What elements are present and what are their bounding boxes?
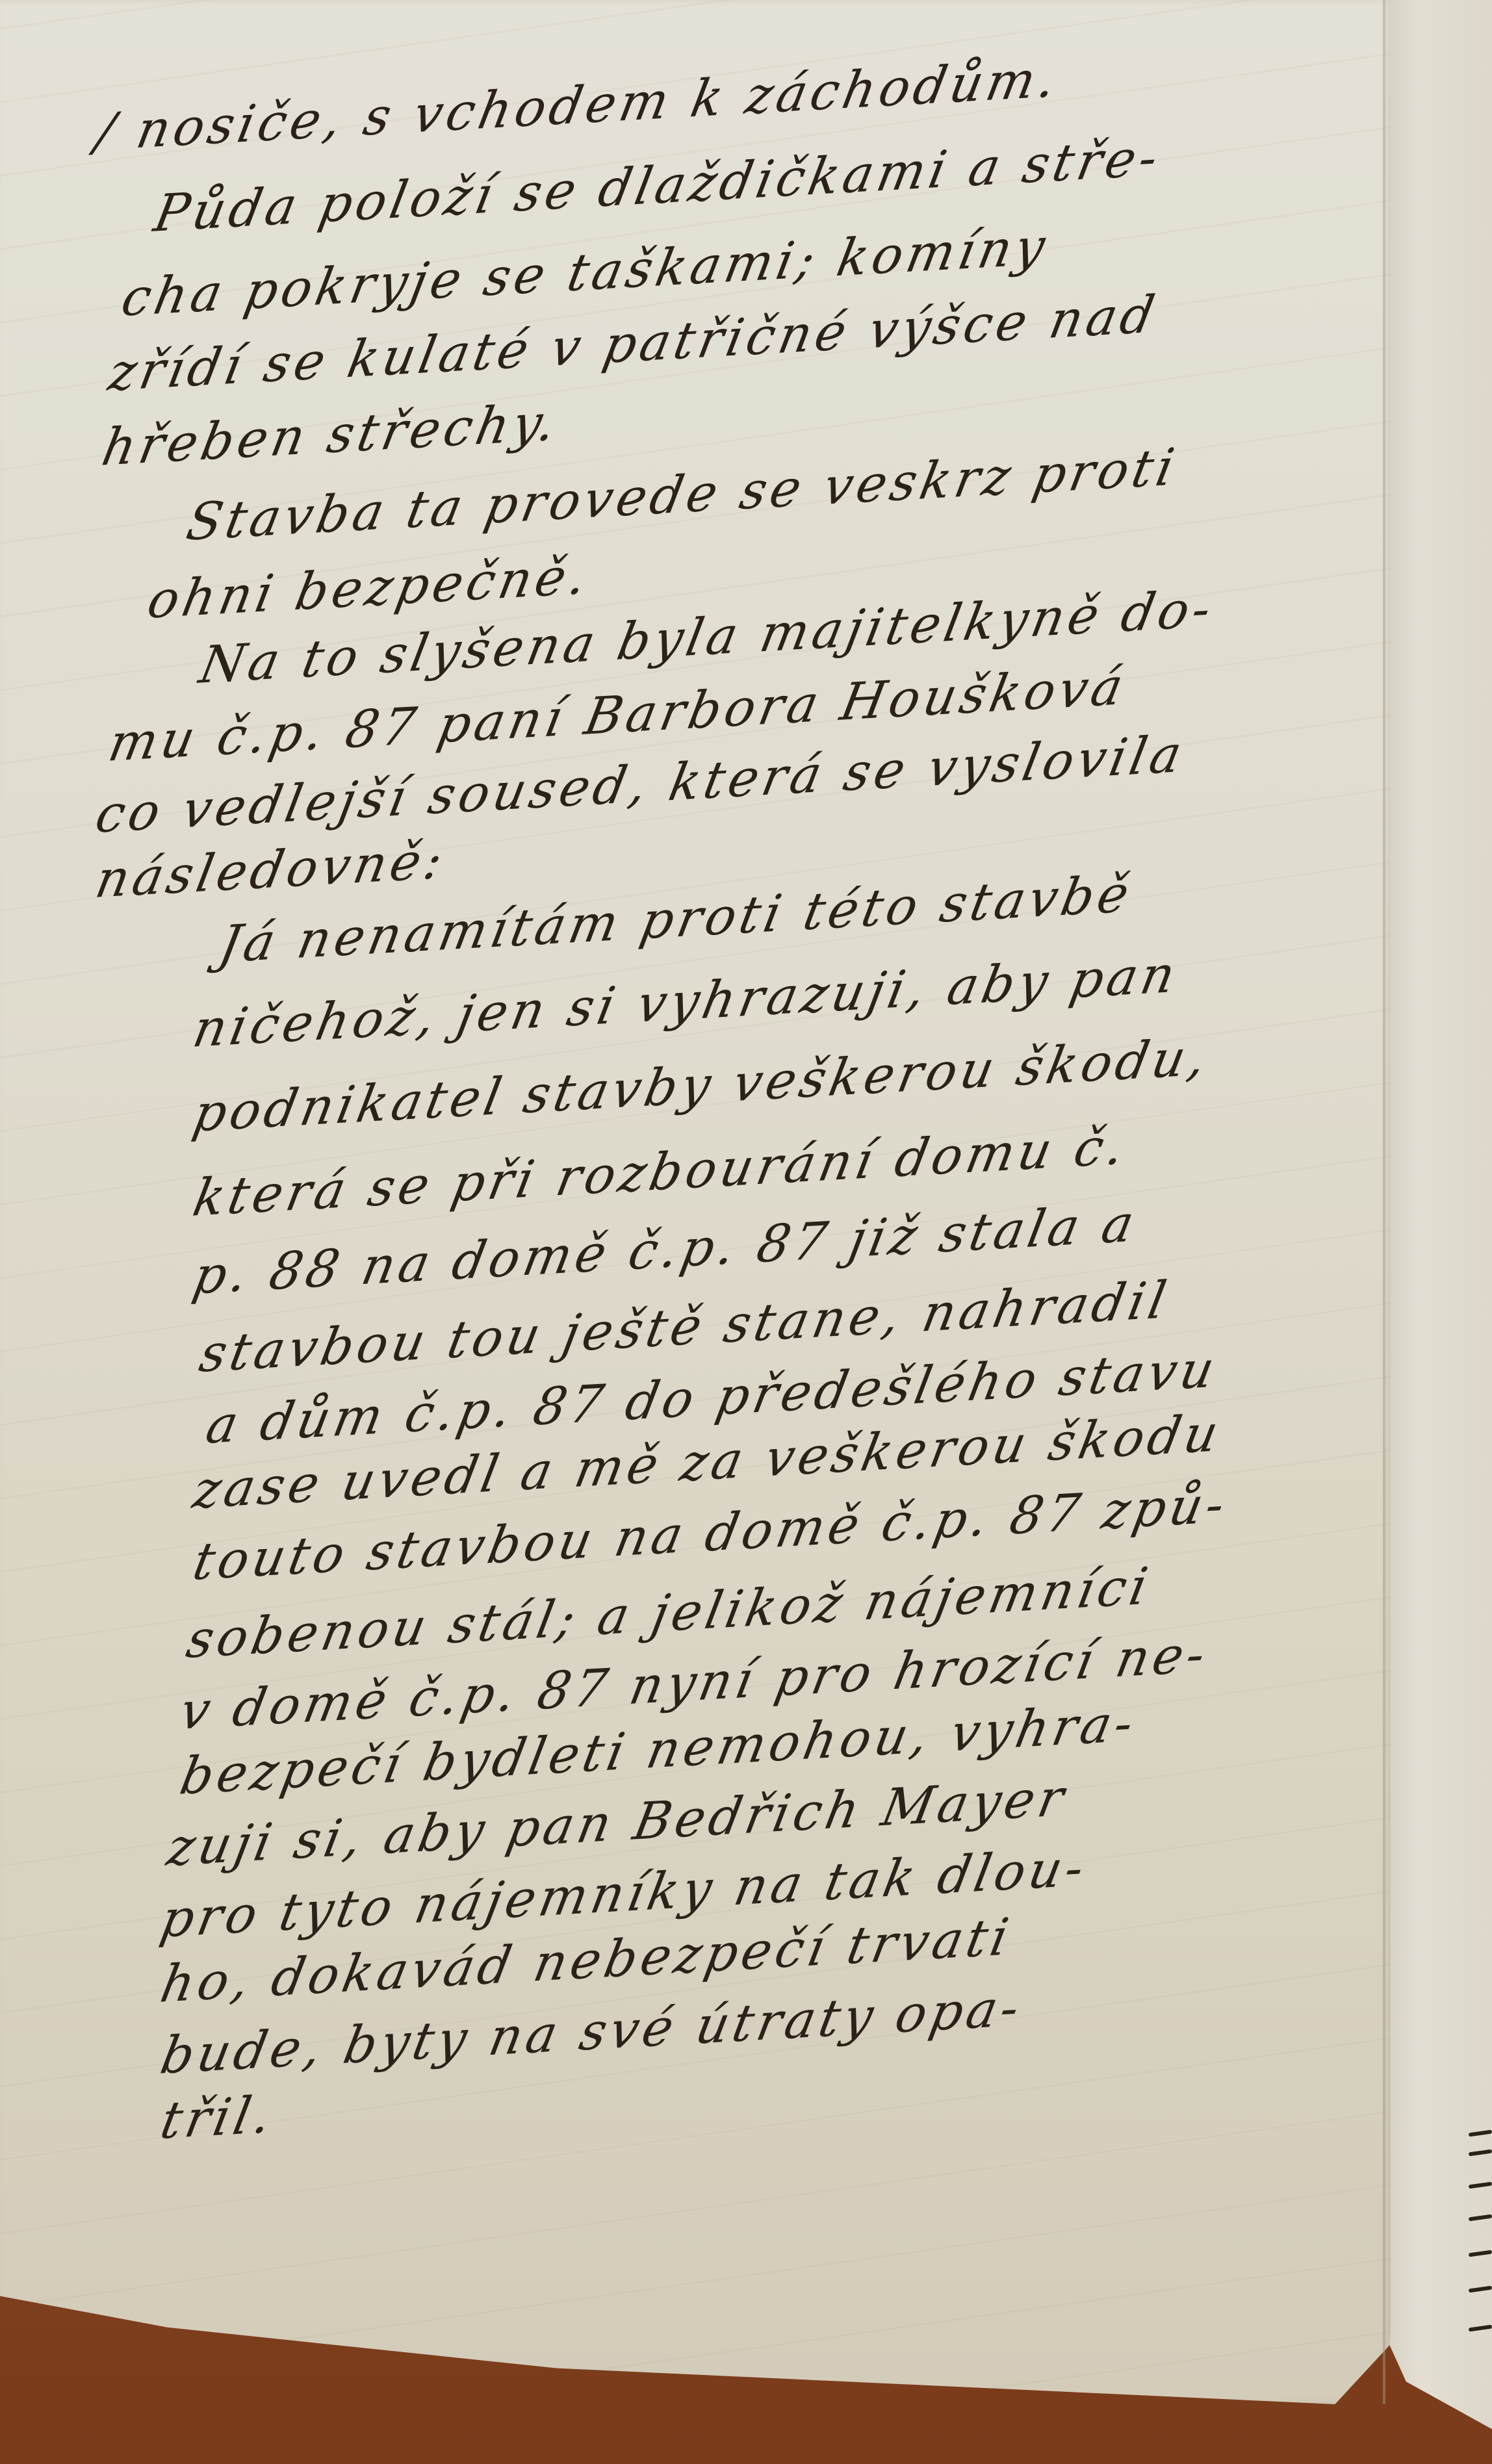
page-fold [1383,0,1385,2404]
ink-stroke [1469,2214,1492,2222]
ink-stroke [1469,2286,1492,2293]
ink-stroke [1469,2325,1492,2332]
ink-stroke [1469,2130,1492,2137]
adjacent-page-ink-marks [1465,2131,1492,2391]
ink-stroke [1469,2250,1492,2257]
ink-stroke [1469,2182,1492,2189]
ink-stroke [1469,2150,1492,2157]
text-line: třil. [156,2085,279,2151]
adjacent-page [1384,0,1492,2430]
